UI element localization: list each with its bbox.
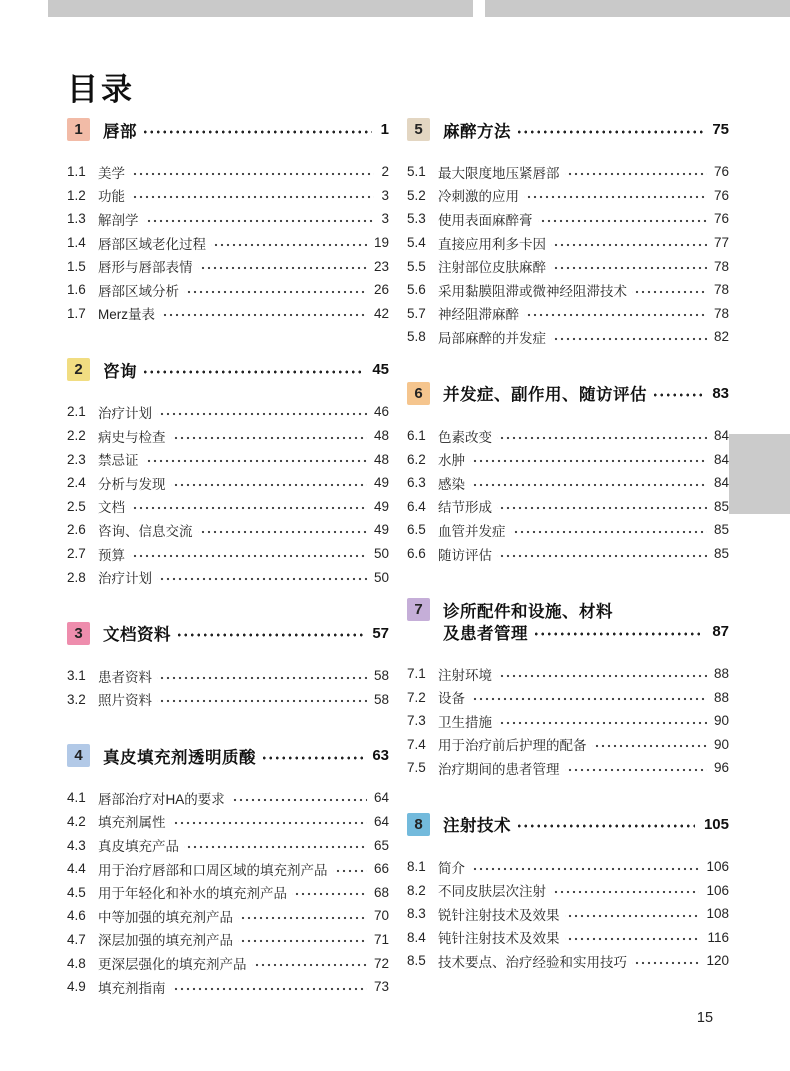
entry-page-number: 78 xyxy=(714,282,729,297)
toc-entry: 7.2设备88 xyxy=(407,685,729,709)
entry-title: 色素改变 xyxy=(438,426,492,446)
page-edge-tab xyxy=(729,434,790,514)
entry-page-number: 78 xyxy=(714,259,729,274)
entry-title: 照片资料 xyxy=(98,689,152,709)
entry-title: 注射部位皮肤麻醉 xyxy=(438,256,546,276)
entry-page-number: 90 xyxy=(714,713,729,728)
chapter-page-number: 63 xyxy=(372,747,389,764)
entry-title: 简介 xyxy=(438,857,465,877)
dot-leader xyxy=(470,695,707,703)
toc-entry: 8.3锐针注射技术及效果108 xyxy=(407,902,729,926)
entry-number: 6.3 xyxy=(407,475,438,490)
entry-page-number: 106 xyxy=(706,859,729,874)
chapter-title: 麻醉方法 xyxy=(443,118,511,142)
dot-leader xyxy=(538,217,707,225)
entry-title: 咨询、信息交流 xyxy=(98,520,193,540)
entry-title: 治疗期间的患者管理 xyxy=(438,758,560,778)
toc-entry: 2.8治疗计划50 xyxy=(67,565,389,589)
entry-title: 设备 xyxy=(438,687,465,707)
entry-number: 1.5 xyxy=(67,259,98,274)
toc-entry: 4.4用于治疗唇部和口周区域的填充剂产品66 xyxy=(67,857,389,881)
dot-leader xyxy=(184,843,367,851)
toc-entry: 7.1注射环境88 xyxy=(407,662,729,686)
toc-entry: 2.2病史与检查48 xyxy=(67,424,389,448)
dot-leader xyxy=(511,528,707,536)
entry-title: 唇部治疗对HA的要求 xyxy=(98,788,225,808)
dot-leader xyxy=(333,867,367,875)
toc-entry: 1.4唇部区域老化过程19 xyxy=(67,231,389,255)
toc-entry: 6.2水肿84 xyxy=(407,447,729,471)
toc-entry: 5.6采用黏膜阻滞或微神经阻滞技术78 xyxy=(407,278,729,302)
dot-leader xyxy=(565,935,701,943)
toc-chapter-3: 3文档资料573.1患者资料583.2照片资料58 xyxy=(67,622,389,711)
chapter-entries: 8.1简介1068.2不同皮肤层次注射1068.3锐针注射技术及效果1088.4… xyxy=(407,855,729,973)
dot-leader xyxy=(198,264,367,272)
dot-leader xyxy=(592,742,707,750)
entry-number: 4.4 xyxy=(67,861,98,876)
entry-number: 1.2 xyxy=(67,188,98,203)
entry-title: 直接应用利多卡因 xyxy=(438,233,546,253)
entry-page-number: 26 xyxy=(374,282,389,297)
entry-page-number: 85 xyxy=(714,546,729,561)
entry-title: 功能 xyxy=(98,185,125,205)
entry-title: Merz量表 xyxy=(98,303,155,323)
entry-page-number: 84 xyxy=(714,475,729,490)
entry-number: 2.3 xyxy=(67,452,98,467)
entry-number: 6.6 xyxy=(407,546,438,561)
toc-entry: 1.6唇部区域分析26 xyxy=(67,278,389,302)
entry-number: 6.4 xyxy=(407,499,438,514)
chapter-heading: 4真皮填充剂透明质酸63 xyxy=(67,744,389,767)
dot-leader xyxy=(470,865,699,873)
entry-number: 5.6 xyxy=(407,282,438,297)
entry-title: 钝针注射技术及效果 xyxy=(438,927,560,947)
entry-title: 锐针注射技术及效果 xyxy=(438,904,560,924)
entry-number: 4.2 xyxy=(67,814,98,829)
dot-leader xyxy=(157,575,367,583)
entry-page-number: 48 xyxy=(374,452,389,467)
entry-number: 5.4 xyxy=(407,235,438,250)
chapter-heading: 1唇部1 xyxy=(67,118,389,141)
chapter-page-number: 45 xyxy=(372,361,389,378)
dot-leader xyxy=(211,241,367,249)
dot-leader xyxy=(565,170,707,178)
toc-entry: 5.8局部麻醉的并发症82 xyxy=(407,325,729,349)
chapter-number-badge: 3 xyxy=(67,622,90,645)
entry-number: 6.5 xyxy=(407,522,438,537)
chapter-title: 咨询 xyxy=(103,358,137,382)
entry-number: 2.6 xyxy=(67,522,98,537)
entry-number: 4.3 xyxy=(67,838,98,853)
page-number: 15 xyxy=(688,1010,722,1026)
dot-leader xyxy=(198,528,367,536)
toc-entry: 6.1色素改变84 xyxy=(407,424,729,448)
entry-page-number: 90 xyxy=(714,737,729,752)
chapter-entries: 3.1患者资料583.2照片资料58 xyxy=(67,664,389,711)
toc-entry: 8.4钝针注射技术及效果116 xyxy=(407,926,729,950)
chapter-heading: 3文档资料57 xyxy=(67,622,389,645)
entry-number: 1.6 xyxy=(67,282,98,297)
chapter-number-badge: 5 xyxy=(407,118,430,141)
dot-leader xyxy=(650,391,703,399)
dot-leader xyxy=(230,796,367,804)
chapter-number-badge: 4 xyxy=(67,744,90,767)
entry-title: 不同皮肤层次注射 xyxy=(438,880,546,900)
dot-leader xyxy=(551,241,707,249)
dot-leader xyxy=(470,481,707,489)
toc-entry: 5.2冷刺激的应用76 xyxy=(407,184,729,208)
toc-entry: 7.5治疗期间的患者管理96 xyxy=(407,756,729,780)
toc-entry: 4.6中等加强的填充剂产品70 xyxy=(67,904,389,928)
dot-leader xyxy=(171,481,367,489)
toc-entry: 8.1简介106 xyxy=(407,855,729,879)
entry-number: 7.2 xyxy=(407,690,438,705)
toc-chapter-4: 4真皮填充剂透明质酸634.1唇部治疗对HA的要求644.2填充剂属性644.3… xyxy=(67,744,389,998)
toc-chapter-7: 7诊所配件和设施、材料及患者管理877.1注射环境887.2设备887.3卫生措… xyxy=(407,598,729,779)
entry-title: 深层加强的填充剂产品 xyxy=(98,929,233,949)
entry-page-number: 76 xyxy=(714,211,729,226)
toc-entry: 1.1美学2 xyxy=(67,160,389,184)
entry-number: 4.8 xyxy=(67,956,98,971)
entry-title: 患者资料 xyxy=(98,666,152,686)
entry-title: 神经阻滞麻醉 xyxy=(438,303,519,323)
entry-title: 使用表面麻醉膏 xyxy=(438,209,533,229)
toc-entry: 2.3禁忌证48 xyxy=(67,447,389,471)
entry-number: 2.5 xyxy=(67,499,98,514)
dot-leader xyxy=(551,264,707,272)
entry-number: 5.2 xyxy=(407,188,438,203)
entry-title: 水肿 xyxy=(438,449,465,469)
entry-title: 分析与发现 xyxy=(98,473,166,493)
toc-chapter-6: 6并发症、副作用、随访评估836.1色素改变846.2水肿846.3感染846.… xyxy=(407,382,729,566)
entry-page-number: 58 xyxy=(374,668,389,683)
toc-chapter-1: 1唇部11.1美学21.2功能31.3解剖学31.4唇部区域老化过程191.5唇… xyxy=(67,118,389,325)
dot-leader xyxy=(565,912,700,920)
entry-number: 4.7 xyxy=(67,932,98,947)
toc-entry: 6.4结节形成85 xyxy=(407,495,729,519)
toc-entry: 7.3卫生措施90 xyxy=(407,709,729,733)
chapter-title: 及患者管理 xyxy=(443,620,528,644)
toc-entry: 4.9填充剂指南73 xyxy=(67,975,389,999)
dot-leader xyxy=(140,368,363,376)
chapter-number-badge: 8 xyxy=(407,813,430,836)
dot-leader xyxy=(130,170,374,178)
entry-title: 随访评估 xyxy=(438,544,492,564)
entry-title: 技术要点、治疗经验和实用技巧 xyxy=(438,951,627,971)
dot-leader xyxy=(144,217,375,225)
dot-leader xyxy=(565,766,707,774)
toc-entry: 5.4直接应用利多卡因77 xyxy=(407,231,729,255)
chapter-heading: 6并发症、副作用、随访评估83 xyxy=(407,382,729,405)
entry-title: 血管并发症 xyxy=(438,520,506,540)
chapter-number-badge: 6 xyxy=(407,382,430,405)
entry-number: 7.5 xyxy=(407,760,438,775)
chapter-page-number: 1 xyxy=(381,121,389,138)
entry-page-number: 48 xyxy=(374,428,389,443)
dot-leader xyxy=(157,674,367,682)
entry-page-number: 50 xyxy=(374,546,389,561)
entry-page-number: 88 xyxy=(714,690,729,705)
entry-page-number: 19 xyxy=(374,235,389,250)
toc-entry: 5.7神经阻滞麻醉78 xyxy=(407,302,729,326)
dot-leader xyxy=(259,754,363,762)
entry-title: 更深层强化的填充剂产品 xyxy=(98,953,247,973)
chapter-heading: 2咨询45 xyxy=(67,358,389,381)
entry-title: 真皮填充产品 xyxy=(98,835,179,855)
chapter-heading: 8注射技术105 xyxy=(407,813,729,836)
toc-chapter-8: 8注射技术1058.1简介1068.2不同皮肤层次注射1068.3锐针注射技术及… xyxy=(407,813,729,973)
entry-number: 5.7 xyxy=(407,306,438,321)
dot-leader xyxy=(140,128,372,136)
toc-entry: 4.8更深层强化的填充剂产品72 xyxy=(67,951,389,975)
dot-leader xyxy=(174,631,363,639)
entry-page-number: 116 xyxy=(707,930,729,945)
entry-page-number: 120 xyxy=(706,953,729,968)
dot-leader xyxy=(551,335,707,343)
chapter-number-badge: 2 xyxy=(67,358,90,381)
entry-number: 8.2 xyxy=(407,883,438,898)
toc-entry: 4.3真皮填充产品65 xyxy=(67,833,389,857)
entry-number: 2.8 xyxy=(67,570,98,585)
entry-number: 6.2 xyxy=(407,452,438,467)
dot-leader xyxy=(130,504,367,512)
entry-page-number: 96 xyxy=(714,760,729,775)
dot-leader xyxy=(551,888,699,896)
toc-entry: 1.2功能3 xyxy=(67,184,389,208)
entry-title: 用于年轻化和补水的填充剂产品 xyxy=(98,882,287,902)
chapter-heading: 7诊所配件和设施、材料及患者管理87 xyxy=(407,598,729,643)
dot-leader xyxy=(238,914,367,922)
chapter-entries: 6.1色素改变846.2水肿846.3感染846.4结节形成856.5血管并发症… xyxy=(407,424,729,566)
chapter-page-number: 87 xyxy=(712,623,729,640)
dot-leader xyxy=(514,822,695,830)
entry-page-number: 49 xyxy=(374,522,389,537)
entry-number: 1.7 xyxy=(67,306,98,321)
entry-number: 8.1 xyxy=(407,859,438,874)
entry-number: 4.6 xyxy=(67,908,98,923)
entry-page-number: 2 xyxy=(381,164,389,179)
entry-page-number: 50 xyxy=(374,570,389,585)
entry-title: 用于治疗前后护理的配备 xyxy=(438,734,587,754)
dot-leader xyxy=(497,719,707,727)
dot-leader xyxy=(238,937,367,945)
toc-entry: 8.5技术要点、治疗经验和实用技巧120 xyxy=(407,949,729,973)
chapter-entries: 7.1注射环境887.2设备887.3卫生措施907.4用于治疗前后护理的配备9… xyxy=(407,662,729,780)
dot-leader xyxy=(252,961,367,969)
entry-page-number: 108 xyxy=(706,906,729,921)
dot-leader xyxy=(497,504,707,512)
chapter-entries: 2.1治疗计划462.2病史与检查482.3禁忌证482.4分析与发现492.5… xyxy=(67,400,389,589)
entry-page-number: 73 xyxy=(374,979,389,994)
entry-page-number: 46 xyxy=(374,404,389,419)
dot-leader xyxy=(171,434,367,442)
entry-number: 3.1 xyxy=(67,668,98,683)
chapter-number-badge: 7 xyxy=(407,598,430,621)
entry-page-number: 84 xyxy=(714,428,729,443)
toc-entry: 2.4分析与发现49 xyxy=(67,471,389,495)
entry-page-number: 78 xyxy=(714,306,729,321)
entry-number: 7.1 xyxy=(407,666,438,681)
chapter-title: 文档资料 xyxy=(103,621,171,645)
chapter-number-badge: 1 xyxy=(67,118,90,141)
entry-page-number: 76 xyxy=(714,164,729,179)
entry-title: 预算 xyxy=(98,544,125,564)
dot-leader xyxy=(524,311,707,319)
dot-leader xyxy=(497,672,707,680)
entry-number: 2.4 xyxy=(67,475,98,490)
toc-entry: 6.3感染84 xyxy=(407,471,729,495)
toc-entry: 3.2照片资料58 xyxy=(67,688,389,712)
entry-page-number: 72 xyxy=(374,956,389,971)
entry-number: 2.1 xyxy=(67,404,98,419)
dot-leader xyxy=(144,457,367,465)
chapter-title: 真皮填充剂透明质酸 xyxy=(103,744,256,768)
entry-page-number: 49 xyxy=(374,499,389,514)
entry-title: 填充剂属性 xyxy=(98,811,166,831)
dot-leader xyxy=(632,959,699,967)
chapter-page-number: 75 xyxy=(712,121,729,138)
entry-title: 最大限度地压紧唇部 xyxy=(438,162,560,182)
dot-leader xyxy=(130,552,367,560)
chapter-heading: 5麻醉方法75 xyxy=(407,118,729,141)
toc-entry: 3.1患者资料58 xyxy=(67,664,389,688)
entry-number: 4.1 xyxy=(67,790,98,805)
entry-title: 注射环境 xyxy=(438,664,492,684)
entry-title: 禁忌证 xyxy=(98,449,139,469)
entry-title: 中等加强的填充剂产品 xyxy=(98,906,233,926)
chapter-title: 唇部 xyxy=(103,118,137,142)
toc-entry: 5.3使用表面麻醉膏76 xyxy=(407,207,729,231)
toc-column-right: 5麻醉方法755.1最大限度地压紧唇部765.2冷刺激的应用765.3使用表面麻… xyxy=(407,118,729,1006)
dot-leader xyxy=(292,890,367,898)
entry-page-number: 71 xyxy=(374,932,389,947)
dot-leader xyxy=(470,457,707,465)
toc-entry: 4.2填充剂属性64 xyxy=(67,810,389,834)
entry-page-number: 42 xyxy=(374,306,389,321)
dot-leader xyxy=(171,985,367,993)
entry-title: 唇形与唇部表情 xyxy=(98,256,193,276)
toc-entry: 1.7Merz量表42 xyxy=(67,302,389,326)
entry-page-number: 64 xyxy=(374,790,389,805)
entry-title: 美学 xyxy=(98,162,125,182)
entry-page-number: 3 xyxy=(381,188,389,203)
dot-leader xyxy=(184,288,367,296)
entry-number: 8.4 xyxy=(407,930,438,945)
chapter-page-number: 57 xyxy=(372,625,389,642)
toc-entry: 2.1治疗计划46 xyxy=(67,400,389,424)
chapter-entries: 4.1唇部治疗对HA的要求644.2填充剂属性644.3真皮填充产品654.4用… xyxy=(67,786,389,998)
entry-number: 3.2 xyxy=(67,692,98,707)
entry-title: 病史与检查 xyxy=(98,426,166,446)
dot-leader xyxy=(524,193,707,201)
entry-title: 局部麻醉的并发症 xyxy=(438,327,546,347)
toc-entry: 6.6随访评估85 xyxy=(407,542,729,566)
entry-page-number: 23 xyxy=(374,259,389,274)
entry-title: 治疗计划 xyxy=(98,402,152,422)
toc-entry: 7.4用于治疗前后护理的配备90 xyxy=(407,733,729,757)
toc-chapter-2: 2咨询452.1治疗计划462.2病史与检查482.3禁忌证482.4分析与发现… xyxy=(67,358,389,589)
top-scan-band-left xyxy=(48,0,473,17)
entry-number: 5.8 xyxy=(407,329,438,344)
entry-page-number: 77 xyxy=(714,235,729,250)
dot-leader xyxy=(497,434,707,442)
dot-leader xyxy=(171,819,367,827)
entry-number: 4.5 xyxy=(67,885,98,900)
entry-number: 2.2 xyxy=(67,428,98,443)
dot-leader xyxy=(497,552,707,560)
entry-title: 感染 xyxy=(438,473,465,493)
toc-entry: 4.5用于年轻化和补水的填充剂产品68 xyxy=(67,880,389,904)
entry-number: 1.1 xyxy=(67,164,98,179)
entry-number: 5.1 xyxy=(407,164,438,179)
entry-page-number: 85 xyxy=(714,499,729,514)
entry-number: 6.1 xyxy=(407,428,438,443)
entry-page-number: 85 xyxy=(714,522,729,537)
chapter-title: 诊所配件和设施、材料 xyxy=(443,598,613,622)
entry-page-number: 64 xyxy=(374,814,389,829)
chapter-page-number: 83 xyxy=(712,385,729,402)
dot-leader xyxy=(130,193,374,201)
toc-entry: 5.1最大限度地压紧唇部76 xyxy=(407,160,729,184)
entry-number: 1.4 xyxy=(67,235,98,250)
entry-number: 5.5 xyxy=(407,259,438,274)
entry-title: 文档 xyxy=(98,496,125,516)
entry-title: 卫生措施 xyxy=(438,711,492,731)
dot-leader xyxy=(531,630,703,638)
entry-title: 唇部区域老化过程 xyxy=(98,233,206,253)
chapter-page-number: 105 xyxy=(704,816,729,833)
toc-entry: 1.3解剖学3 xyxy=(67,207,389,231)
entry-page-number: 70 xyxy=(374,908,389,923)
toc-entry: 5.5注射部位皮肤麻醉78 xyxy=(407,254,729,278)
entry-number: 4.9 xyxy=(67,979,98,994)
entry-title: 治疗计划 xyxy=(98,567,152,587)
entry-number: 2.7 xyxy=(67,546,98,561)
entry-number: 7.4 xyxy=(407,737,438,752)
entry-page-number: 82 xyxy=(714,329,729,344)
entry-number: 8.5 xyxy=(407,953,438,968)
chapter-entries: 1.1美学21.2功能31.3解剖学31.4唇部区域老化过程191.5唇形与唇部… xyxy=(67,160,389,325)
toc-entry: 2.7预算50 xyxy=(67,542,389,566)
toc-entry: 1.5唇形与唇部表情23 xyxy=(67,254,389,278)
entry-number: 1.3 xyxy=(67,211,98,226)
entry-page-number: 84 xyxy=(714,452,729,467)
toc-column-left: 1唇部11.1美学21.2功能31.3解剖学31.4唇部区域老化过程191.5唇… xyxy=(67,118,389,1031)
entry-page-number: 88 xyxy=(714,666,729,681)
dot-leader xyxy=(160,311,367,319)
dot-leader xyxy=(514,128,703,136)
entry-page-number: 58 xyxy=(374,692,389,707)
entry-page-number: 49 xyxy=(374,475,389,490)
entry-page-number: 68 xyxy=(374,885,389,900)
entry-page-number: 65 xyxy=(374,838,389,853)
dot-leader xyxy=(157,697,367,705)
entry-title: 冷刺激的应用 xyxy=(438,185,519,205)
dot-leader xyxy=(157,410,367,418)
entry-title: 采用黏膜阻滞或微神经阻滞技术 xyxy=(438,280,627,300)
chapter-title: 并发症、副作用、随访评估 xyxy=(443,381,647,405)
top-scan-band-right xyxy=(485,0,790,17)
toc-entry: 6.5血管并发症85 xyxy=(407,518,729,542)
entry-number: 5.3 xyxy=(407,211,438,226)
entry-title: 用于治疗唇部和口周区域的填充剂产品 xyxy=(98,859,328,879)
entry-page-number: 3 xyxy=(381,211,389,226)
entry-title: 解剖学 xyxy=(98,209,139,229)
toc-entry: 2.5文档49 xyxy=(67,495,389,519)
dot-leader xyxy=(632,288,707,296)
entry-title: 唇部区域分析 xyxy=(98,280,179,300)
toc-entry: 2.6咨询、信息交流49 xyxy=(67,518,389,542)
